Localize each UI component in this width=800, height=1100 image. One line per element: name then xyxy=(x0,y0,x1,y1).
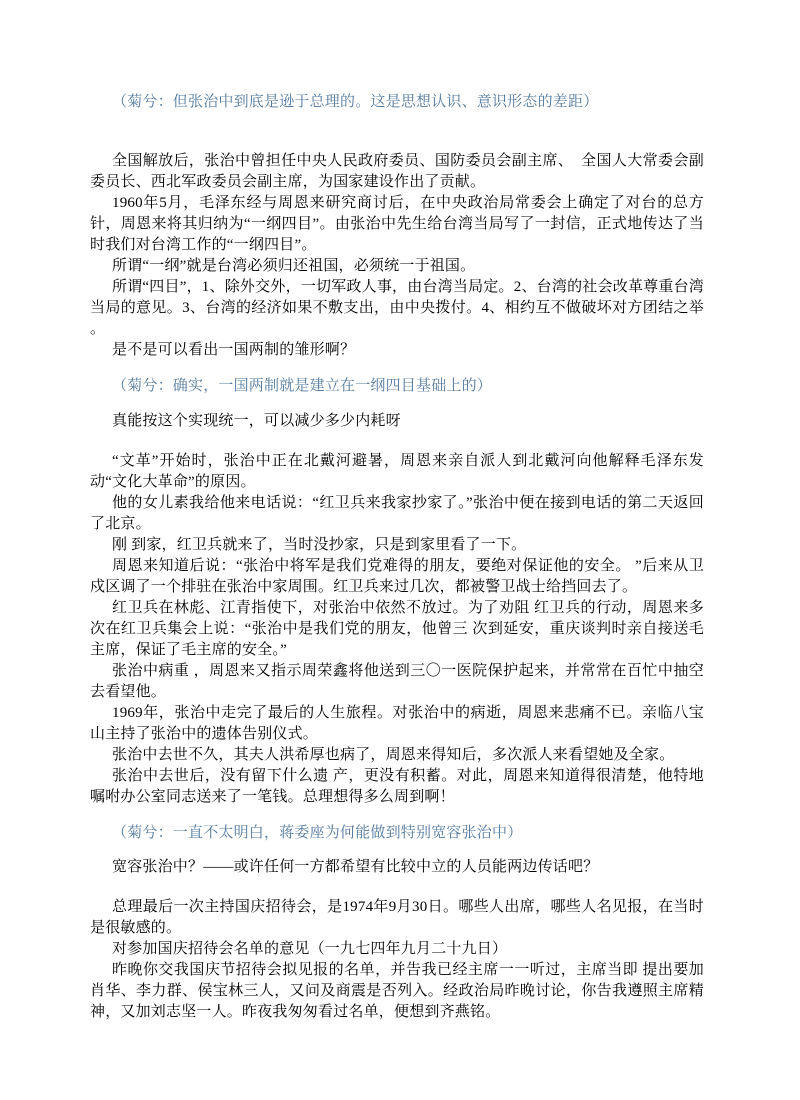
paragraph: 总理最后一次主持国庆招待会，是1974年9月30日。哪些人出席，哪些人名见报，在… xyxy=(90,897,704,939)
paragraph: 1969年，张治中走完了最后的人生旅程。对张治中的病逝，周恩来悲痛不已。亲临八宝… xyxy=(90,703,704,745)
paragraph: 红卫兵在林彪、江青指使下，对张治中依然不放过。为了劝阻 红卫兵的行动，周恩来多次… xyxy=(90,598,704,661)
paragraph: 刚 到家，红卫兵就来了，当时没抄家，只是到家里看了一下。 xyxy=(90,535,704,556)
paragraph: 周恩来知道后说：“张治中将军是我们党难得的朋友，要绝对保证他的安全。 ”后来从卫… xyxy=(90,556,704,598)
paragraph: 张治中病重 ，周恩来又指示周荣鑫将他送到三〇一医院保护起来，并常常在百忙中抽空去… xyxy=(90,661,704,703)
paragraph: 所谓“四目”，1、除外交外，一切军政人事，由台湾当局定。2、台湾的社会改革尊重台… xyxy=(90,277,704,340)
paragraph: 他的女儿素我给他来电话说：“红卫兵来我家抄家了。”张治中便在接到电话的第二天返回… xyxy=(90,493,704,535)
paragraph: “文革”开始时，张治中正在北戴河避暑，周恩来亲自派人到北戴河向他解释毛泽东发动“… xyxy=(90,451,704,493)
paragraph: 是不是可以看出一国两制的雏形啊？ xyxy=(90,340,704,361)
paragraph: 全国解放后，张治中曾担任中央人民政府委员、国防委员会副主席、 全国人大常委会副委… xyxy=(90,151,704,193)
paragraph: 张治中去世后，没有留下什么遗 产，更没有积蓄。对此，周恩来知道得很清楚，他特地嘱… xyxy=(90,766,704,808)
paragraph: 对参加国庆招待会名单的意见（一九七四年九月二十九日） xyxy=(90,939,704,960)
paragraph: 1960年5月，毛泽东经与周恩来研究商讨后，在中央政治局常委会上确定了对台的总方… xyxy=(90,193,704,256)
reader-comment: （菊兮：一直不太明白，蒋委座为何能做到特别宽容张治中） xyxy=(90,823,704,844)
reader-comment: （菊兮：但张治中到底是逊于总理的。这是思想认识、意识形态的差距） xyxy=(90,92,704,113)
paragraph: 张治中去世不久，其夫人洪希厚也病了，周恩来得知后，多次派人来看望她及全家。 xyxy=(90,745,704,766)
reader-comment: （菊兮：确实，一国两制就是建立在一纲四目基础上的） xyxy=(90,376,704,397)
document-page: （菊兮：但张治中到底是逊于总理的。这是思想认识、意识形态的差距） 全国解放后，张… xyxy=(0,0,800,1100)
paragraph: 所谓“一纲”就是台湾必须归还祖国，必须统一于祖国。 xyxy=(90,256,704,277)
paragraph: 真能按这个实现统一，可以减少多少内耗呀 xyxy=(90,411,704,432)
paragraph: 宽容张治中？——或许任何一方都希望有比较中立的人员能两边传话吧？ xyxy=(90,857,704,878)
paragraph: 昨晚你交我国庆节招待会拟见报的名单，并告我已经主席一一听过，主席当即 提出要加肖… xyxy=(90,960,704,1023)
